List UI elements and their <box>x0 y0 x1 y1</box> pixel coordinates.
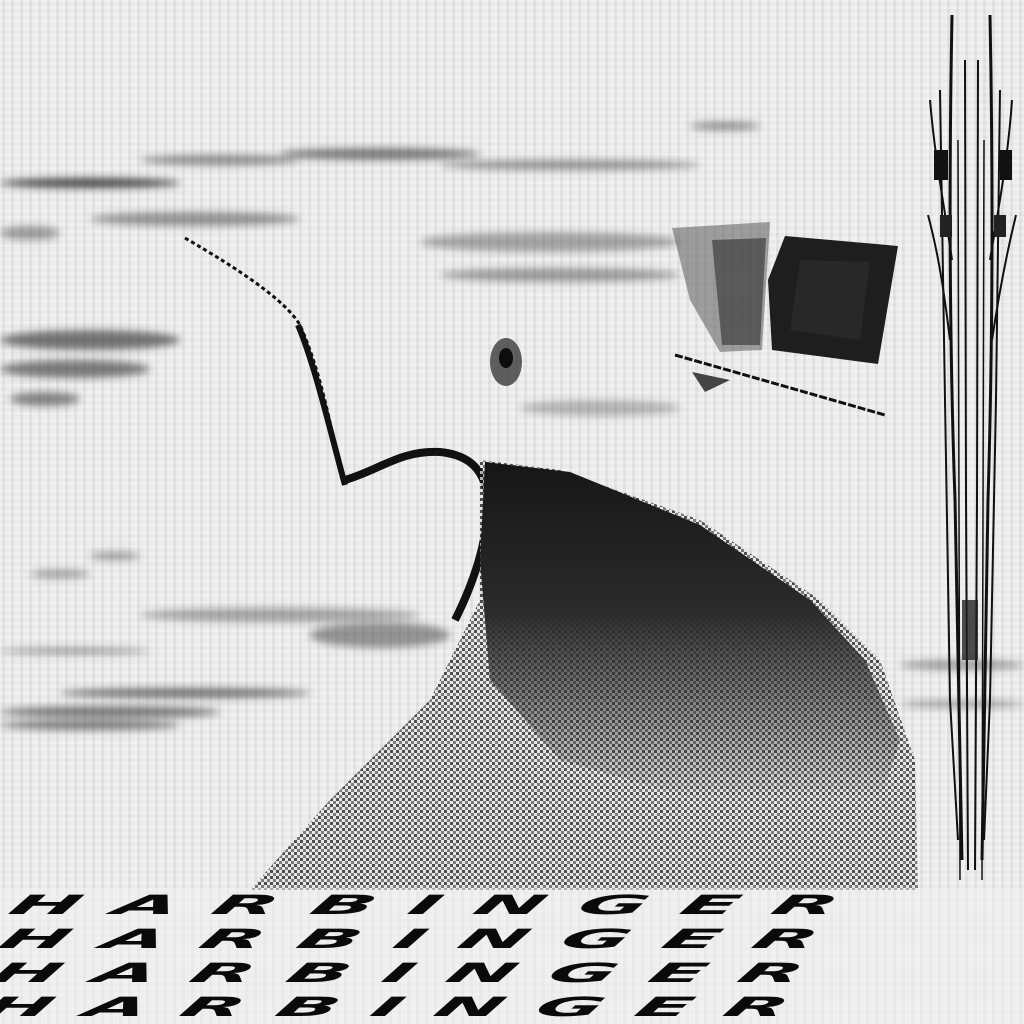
title-line: HARBINGER <box>0 994 1024 1021</box>
vertical-totem <box>928 15 1016 880</box>
title-line: HARBINGER <box>4 892 1024 919</box>
tendril-line <box>185 238 342 480</box>
title-line: HARBINGER <box>0 926 1024 953</box>
title-line: HARBINGER <box>0 960 1024 987</box>
artwork-shapes <box>0 0 1024 1024</box>
loop-outline <box>345 452 488 620</box>
album-cover: HARBINGER HARBINGER HARBINGER HARBINGER <box>0 0 1024 1024</box>
